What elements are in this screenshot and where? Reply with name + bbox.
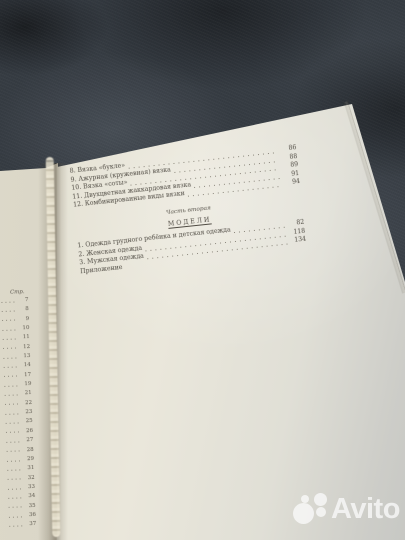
leader-dots — [5, 413, 18, 414]
page-number: 35 — [23, 502, 35, 508]
leader-dots — [9, 525, 22, 526]
page-number: 21 — [20, 390, 32, 396]
leader-dots — [9, 507, 22, 508]
page-number: 33 — [23, 484, 35, 490]
page-number: 10 — [17, 325, 29, 331]
page-number: 7 — [16, 297, 28, 303]
leader-dots — [3, 348, 16, 349]
leader-dots — [8, 497, 21, 498]
page-number: 25 — [21, 418, 33, 424]
leader-dots — [9, 516, 22, 517]
leader-dots — [7, 460, 20, 461]
page-number: 12 — [18, 344, 30, 350]
page-number: 22 — [20, 400, 32, 406]
page-number: 19 — [19, 381, 31, 387]
leader-dots — [1, 301, 14, 302]
page-number: 23 — [20, 409, 32, 415]
avito-logo-icon — [316, 507, 326, 517]
page-number: 34 — [23, 493, 35, 499]
leader-dots — [7, 469, 20, 470]
page-number: 29 — [22, 456, 34, 462]
page-number: 8 — [17, 306, 29, 312]
avito-logo-icon — [314, 493, 327, 506]
toc-entry-page: 134 — [290, 236, 307, 246]
column-header: Стр. — [1, 289, 28, 296]
avito-watermark: Avito — [292, 492, 405, 534]
page-number: 11 — [18, 334, 30, 340]
leader-dots — [188, 186, 282, 197]
page-number: 28 — [21, 446, 33, 452]
leader-dots — [8, 479, 21, 480]
page-number: 13 — [18, 353, 30, 359]
leader-dots — [4, 376, 17, 377]
leader-dots — [5, 395, 18, 396]
leader-dots — [3, 339, 16, 340]
page-number: 36 — [24, 512, 36, 518]
avito-logo-icon — [293, 503, 314, 524]
leader-dots — [6, 432, 19, 433]
toc-entry-page — [291, 249, 307, 251]
page-number: 14 — [19, 362, 31, 368]
leader-dots — [5, 404, 18, 405]
avito-logo-icon — [301, 495, 309, 503]
avito-watermark-text: Avito — [331, 493, 400, 526]
leader-dots — [3, 357, 16, 358]
page-number: 9 — [17, 316, 29, 322]
page-number: 17 — [19, 372, 31, 378]
leader-dots — [6, 423, 19, 424]
page-number: 27 — [21, 437, 33, 443]
leader-dots — [4, 385, 17, 386]
toc-entry-page: 94 — [284, 178, 301, 188]
leader-dots — [2, 311, 15, 312]
page-number: 37 — [24, 521, 36, 527]
table-of-contents: 8. Вязка «букле» 86 9. Ажурная (кружевна… — [68, 131, 308, 277]
page-number: 31 — [22, 465, 34, 471]
leader-dots — [4, 367, 17, 368]
leader-dots — [6, 441, 19, 442]
page-number: 32 — [22, 474, 34, 480]
page-number: 26 — [21, 428, 33, 434]
page-number-row: 37 — [9, 521, 36, 531]
book-photo: Стр. 7 8 9 10 — [0, 0, 405, 540]
leader-dots — [7, 451, 20, 452]
leader-dots — [2, 329, 15, 330]
leader-dots — [2, 320, 15, 321]
leader-dots — [8, 488, 21, 489]
